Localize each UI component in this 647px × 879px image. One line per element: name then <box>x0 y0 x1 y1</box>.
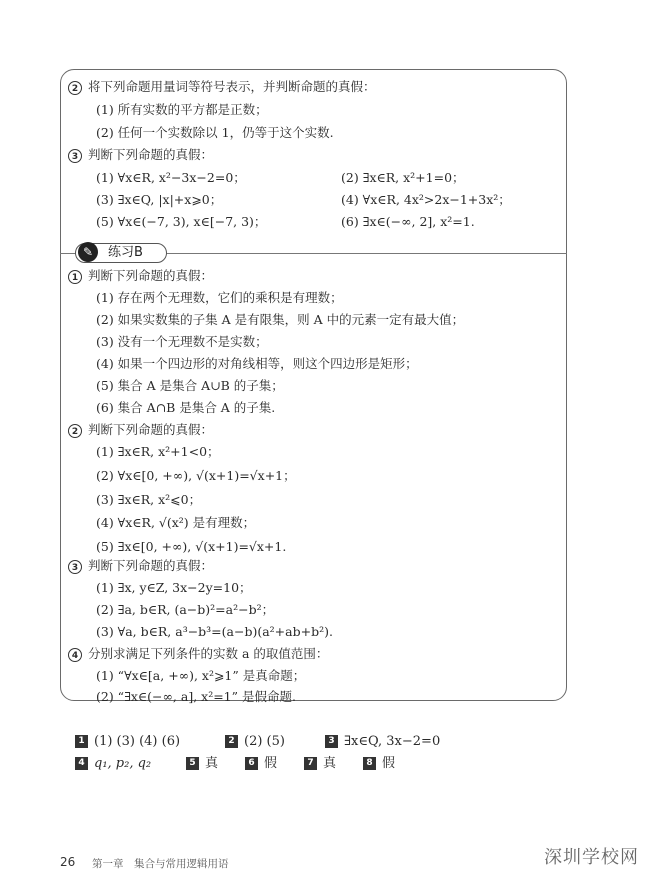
section-tag-exercise-b: ✎ 练习B <box>75 243 167 263</box>
answer-1: 1(1) (3) (4) (6) <box>75 733 180 751</box>
answer-text: (1) (3) (4) (6) <box>94 734 180 749</box>
answer-5: 5真 <box>186 755 218 773</box>
problem-item: (3) ∀a, b∈R, a³−b³=(a−b)(a²+ab+b²). <box>96 623 333 641</box>
answer-badge: 2 <box>225 735 238 748</box>
problem-number-badge: 3 <box>68 149 82 163</box>
problem-number-badge: 1 <box>68 270 82 284</box>
answer-badge: 3 <box>325 735 338 748</box>
problem-number-badge: 4 <box>68 648 82 662</box>
watermark: 深圳学校网 <box>544 843 639 869</box>
answer-badge: 1 <box>75 735 88 748</box>
problem-item: (4) 如果一个四边形的对角线相等，则这个四边形是矩形； <box>96 355 418 373</box>
page-number: 26 <box>60 855 75 869</box>
problem-item: (6) 集合 A∩B 是集合 A 的子集. <box>96 399 275 417</box>
chapter-title: 第一章 集合与常用逻辑用语 <box>92 856 229 871</box>
problem-prompt: 分别求满足下列条件的实数 a 的取值范围： <box>88 646 328 661</box>
problem-item: (3) ∃x∈Q, |x|+x⩾0； <box>96 191 222 209</box>
problem-a3: 3判断下列命题的真假： <box>68 146 213 164</box>
answer-4: 4q₁, p₂, q₂ <box>75 755 151 773</box>
problem-a2: 2将下列命题用量词等符号表示，并判断命题的真假： <box>68 78 376 96</box>
problem-number-badge: 2 <box>68 81 82 95</box>
answer-badge: 5 <box>186 757 199 770</box>
answer-8: 8假 <box>363 755 395 773</box>
problem-item: (5) ∀x∈(−7, 3), x∈[−7, 3)； <box>96 213 266 231</box>
answer-text: q₁, p₂, q₂ <box>94 756 151 771</box>
answer-7: 7真 <box>304 755 336 773</box>
problem-b3: 3判断下列命题的真假： <box>68 557 213 575</box>
answer-2: 2(2) (5) <box>225 733 285 751</box>
problem-prompt: 判断下列命题的真假： <box>88 422 213 437</box>
problem-item: (2) ∃a, b∈R, (a−b)²=a²−b²； <box>96 601 274 619</box>
problem-item: (5) ∃x∈[0, +∞), √(x+1)=√x+1. <box>96 538 286 556</box>
problem-item: (6) ∃x∈(−∞, 2], x²=1. <box>341 213 475 231</box>
pencil-check-icon: ✎ <box>78 242 98 262</box>
problem-b4: 4分别求满足下列条件的实数 a 的取值范围： <box>68 645 328 663</box>
problem-item: (2) ∃x∈R, x²+1=0； <box>341 169 465 187</box>
problem-prompt: 判断下列命题的真假： <box>88 558 213 573</box>
answer-badge: 6 <box>245 757 258 770</box>
problem-prompt: 判断下列命题的真假： <box>88 268 213 283</box>
answer-badge: 8 <box>363 757 376 770</box>
problem-item: (4) ∀x∈R, 4x²>2x−1+3x²； <box>341 191 511 209</box>
problem-item: (1) “∀x∈[a, +∞), x²⩾1” 是真命题； <box>96 667 305 685</box>
problem-b1: 1判断下列命题的真假： <box>68 267 213 285</box>
problem-item: (2) ∀x∈[0, +∞), √(x+1)=√x+1； <box>96 467 296 485</box>
answer-6: 6假 <box>245 755 277 773</box>
problem-item: (2) “∃x∈(−∞, a], x²=1” 是假命题. <box>96 688 296 706</box>
problem-item: (3) 没有一个无理数不是实数； <box>96 333 268 351</box>
answer-text: 真 <box>205 756 218 771</box>
problem-prompt: 判断下列命题的真假： <box>88 147 213 162</box>
problem-item: (1) ∃x∈R, x²+1<0； <box>96 443 220 461</box>
problem-item: (2) 如果实数集的子集 A 是有限集，则 A 中的元素一定有最大值； <box>96 311 464 329</box>
answer-badge: 4 <box>75 757 88 770</box>
answer-text: 假 <box>382 756 395 771</box>
problem-item: (1) 所有实数的平方都是正数； <box>96 101 268 119</box>
problem-item: (4) ∀x∈R, √(x²) 是有理数； <box>96 514 255 532</box>
problem-number-badge: 3 <box>68 560 82 574</box>
problem-b2: 2判断下列命题的真假： <box>68 421 213 439</box>
problem-item: (1) ∀x∈R, x²−3x−2=0； <box>96 169 246 187</box>
answer-3: 3∃x∈Q, 3x−2=0 <box>325 733 440 751</box>
problem-prompt: 将下列命题用量词等符号表示，并判断命题的真假： <box>88 79 376 94</box>
problem-item: (1) 存在两个无理数，它们的乘积是有理数； <box>96 289 343 307</box>
answer-text: ∃x∈Q, 3x−2=0 <box>344 734 440 749</box>
answer-text: 真 <box>323 756 336 771</box>
problem-item: (5) 集合 A 是集合 A∪B 的子集； <box>96 377 284 395</box>
problem-item: (1) ∃x, y∈Z, 3x−2y=10； <box>96 579 252 597</box>
section-label: 练习B <box>108 244 143 262</box>
answer-text: (2) (5) <box>244 734 285 749</box>
problem-item: (2) 任何一个实数除以 1，仍等于这个实数. <box>96 124 334 142</box>
answer-text: 假 <box>264 756 277 771</box>
problem-item: (3) ∃x∈R, x²⩽0； <box>96 491 201 509</box>
problem-number-badge: 2 <box>68 424 82 438</box>
answer-badge: 7 <box>304 757 317 770</box>
